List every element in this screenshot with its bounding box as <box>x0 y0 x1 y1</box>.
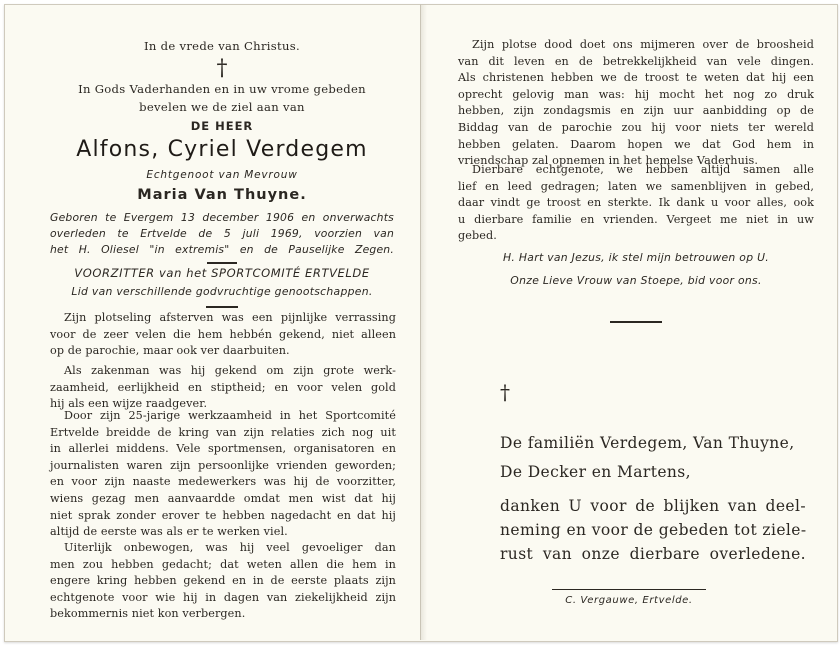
text-line: en voor zijn naaste medewerkers was hij … <box>50 474 396 491</box>
text-line: Zijn plotseling afsterven was een pijnli… <box>50 310 396 327</box>
text-line: zaamheid, eerlijkheid en stiptheid; en v… <box>50 380 396 397</box>
divider <box>206 306 238 308</box>
deceased-name: Alfons, Cyriel Verdegem <box>52 137 392 162</box>
paragraph-4: Uiterlijk onbewogen, was hij veel gevoel… <box>50 540 396 623</box>
text-line: Ertvelde breidde de kring van zijn relat… <box>50 425 396 442</box>
card-fold <box>420 4 421 640</box>
text-line: hebben gelaten. Daarom hopen we dat God … <box>458 137 814 154</box>
divider <box>207 262 237 264</box>
text-line: van dit leven en de betrekkelijkheid van… <box>458 54 814 71</box>
prayer-line-1: H. Hart van Jezus, ik stel mijn betrouwe… <box>458 251 814 264</box>
opening-line: In de vrede van Christus. <box>52 37 392 56</box>
text-line: gebed. <box>458 228 814 245</box>
biography: Geboren te Evergem 13 december 1906 en o… <box>50 210 394 258</box>
title-de-heer: DE HEER <box>52 119 392 133</box>
text-line: echtgenote voor wie hij in dagen van zie… <box>50 590 396 607</box>
biography-line: Geboren te Evergem 13 december 1906 en o… <box>50 210 394 226</box>
text-line: wiens gezag men aanvaardde omdat men wis… <box>50 491 396 508</box>
paragraph-3: Door zijn 25-jarige werkzaamheid in het … <box>50 408 396 541</box>
text-line: men zou hebben gedacht; dat weten allen … <box>50 557 396 574</box>
text-line: altijd de eerste was als er te werken vi… <box>50 524 396 541</box>
thanks-line: danken U voor de blijken van deel- <box>500 494 806 518</box>
biography-line: overleden te Ertvelde de 5 juli 1969, vo… <box>50 226 394 242</box>
divider <box>610 321 662 323</box>
families-line-1: De familiën Verdegem, Van Thuyne, <box>500 430 795 457</box>
text-line: lief en leed gedragen; laten we samenbli… <box>458 179 814 196</box>
paragraph-reflection: Zijn plotse dood doet ons mijmeren over … <box>458 37 814 170</box>
fold-shadow <box>421 4 427 640</box>
printer-divider <box>552 589 706 590</box>
biography-line: het H. Oliesel "in extremis" en de Pause… <box>50 242 394 258</box>
text-line: in allerlei middens. Vele sportmensen, o… <box>50 441 396 458</box>
text-line: op de parochie, maar ook ver daarbuiten. <box>50 343 396 360</box>
paragraph-1: Zijn plotseling afsterven was een pijnli… <box>50 310 396 360</box>
text-line: engere kring hebben gekend en in de eers… <box>50 573 396 590</box>
text-line: u dierbare familie en vrienden. Vergeet … <box>458 212 814 229</box>
cross-icon: † <box>52 58 392 80</box>
text-line: niet sprak zonder erover te hebben naged… <box>50 508 396 525</box>
commendation-line-1: In Gods Vaderhanden en in uw vrome gebed… <box>40 80 404 99</box>
paragraph-farewell: Dierbare echtgenote, we hebben altijd sa… <box>458 162 814 245</box>
thanks-block: danken U voor de blijken van deel- nemin… <box>500 494 806 566</box>
prayer-line-2: Onze Lieve Vrouw van Stoepe, bid voor on… <box>458 274 814 287</box>
text-line: bekommernis niet kon verbergen. <box>50 606 396 623</box>
thanks-line: rust van onze dierbare overledene. <box>500 542 806 566</box>
thanks-line: neming en voor de gebeden tot ziele- <box>500 518 806 542</box>
text-line: Door zijn 25-jarige werkzaamheid in het … <box>50 408 396 425</box>
function-title: VOORZITTER van het SPORTCOMITÉ ERTVELDE <box>52 266 392 280</box>
spouse-label: Echtgenoot van Mevrouw <box>52 169 392 181</box>
text-line: Biddag van de parochie zou hij voor niet… <box>458 120 814 137</box>
text-line: daar vindt ge troost en sterkte. Ik dank… <box>458 195 814 212</box>
membership-line: Lid van verschillende godvruchtige genoo… <box>52 285 392 298</box>
text-line: Zijn plotse dood doet ons mijmeren over … <box>458 37 814 54</box>
text-line: voor de zeer velen die hem hebbén gekend… <box>50 327 396 344</box>
spouse-name: Maria Van Thuyne. <box>52 187 392 203</box>
text-line: Als christenen hebben we de troost te we… <box>458 70 814 87</box>
paragraph-2: Als zakenman was hij gekend om zijn grot… <box>50 363 396 413</box>
commendation-line-2: bevelen we de ziel aan van <box>52 98 392 117</box>
text-line: Uiterlijk onbewogen, was hij veel gevoel… <box>50 540 396 557</box>
text-line: hebben, zijn zondagsmis en zijn uur aanb… <box>458 103 814 120</box>
text-line: Als zakenman was hij gekend om zijn grot… <box>50 363 396 380</box>
text-line: oprecht gelovig man was: hij mocht het n… <box>458 87 814 104</box>
text-line: Dierbare echtgenote, we hebben altijd sa… <box>458 162 814 179</box>
printer-credit: C. Vergauwe, Ertvelde. <box>552 595 706 606</box>
families-line-2: De Decker en Martens, <box>500 459 691 486</box>
text-line: journalisten waren zijn persoonlijke vri… <box>50 458 396 475</box>
cross-icon: † <box>500 381 510 403</box>
